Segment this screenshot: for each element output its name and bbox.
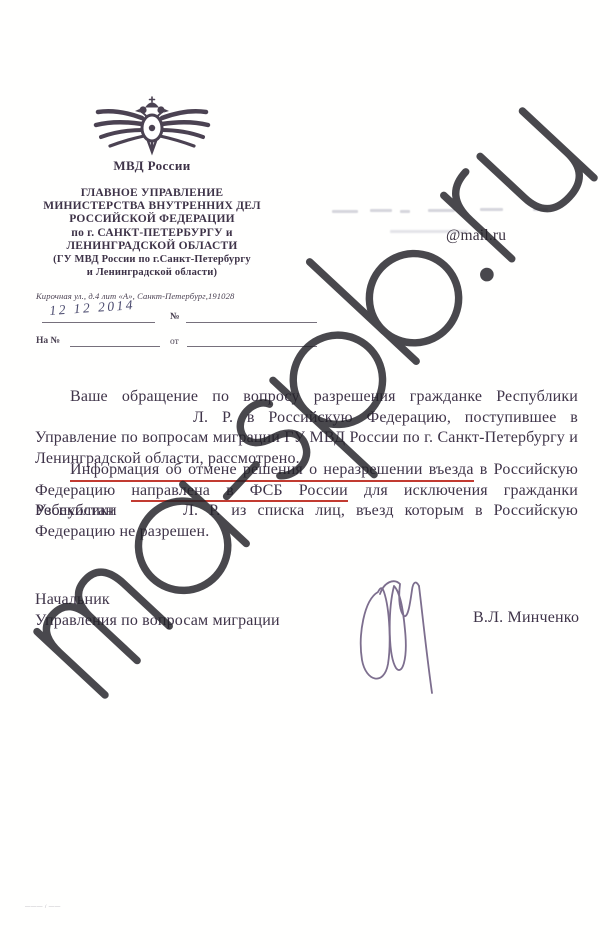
number-sign-label: № bbox=[170, 312, 180, 322]
body-text: Л. Р. из списка лиц, въезд которым в Рос… bbox=[183, 502, 578, 519]
org-line: по г. САНКТ-ПЕТЕРБУРГУ и bbox=[8, 227, 296, 240]
body-line: Ваше обращение по вопросу разрешения гра… bbox=[70, 387, 578, 408]
emblem-caption: МВД России bbox=[12, 158, 292, 174]
redacted-text-bar bbox=[428, 209, 455, 212]
body-text: Федерацию bbox=[35, 482, 115, 499]
redacted-text-bar bbox=[370, 209, 392, 212]
body-line: Федерацию не разрешен. bbox=[35, 522, 209, 543]
org-line: ГЛАВНОЕ УПРАВЛЕНИЕ bbox=[8, 187, 296, 200]
signoff-title-line1: Начальник bbox=[35, 590, 110, 611]
redacted-text-bar bbox=[533, 208, 548, 211]
red-underlined-text: направлена в ФСБ России bbox=[131, 482, 348, 503]
reply-to-line bbox=[70, 346, 160, 347]
body-line: Управление по вопросам миграции ГУ МВД Р… bbox=[35, 428, 578, 449]
number-line bbox=[186, 322, 317, 323]
redacted-text-bar bbox=[480, 208, 503, 211]
org-line: ЛЕНИНГРАДСКОЙ ОБЛАСТИ bbox=[8, 240, 296, 253]
redacted-gap bbox=[114, 514, 172, 515]
signoff-title-line2: Управления по вопросам миграции bbox=[35, 611, 280, 632]
date-line bbox=[42, 322, 155, 323]
org-address: Кирочная ул., д.4 лит «А», Санкт-Петербу… bbox=[36, 291, 236, 301]
redacted-text-bar bbox=[332, 210, 358, 213]
signoff-name: В.Л. Минченко bbox=[473, 609, 579, 627]
from-line bbox=[187, 346, 317, 347]
scanned-letter-page: МВД России ГЛАВНОЕ УПРАВЛЕНИЕ МИНИСТЕРСТ… bbox=[0, 0, 612, 948]
org-line: РОССИЙСКОЙ ФЕДЕРАЦИИ bbox=[8, 213, 296, 226]
body-text: в Российскую bbox=[480, 461, 578, 478]
mvd-eagle-emblem-icon bbox=[92, 95, 212, 161]
org-line: МИНИСТЕРСТВА ВНУТРЕННИХ ДЕЛ bbox=[8, 200, 296, 213]
red-underlined-text: Информация об отмене решения о неразреше… bbox=[70, 461, 474, 482]
org-line: (ГУ МВД России по г.Санкт-Петербургу bbox=[8, 253, 296, 266]
from-label: от bbox=[170, 337, 179, 347]
handwritten-signature-icon bbox=[350, 560, 450, 700]
email-text: @mail.ru bbox=[446, 227, 506, 245]
body-line: Узбекистан Л. Р. из списка лиц, въезд ко… bbox=[35, 501, 578, 522]
redacted-text-bar bbox=[400, 210, 410, 213]
reply-to-label: На № bbox=[36, 336, 60, 346]
footer-note: ——— / —— bbox=[25, 904, 61, 910]
body-text: Узбекистан bbox=[35, 502, 114, 519]
org-line: и Ленинградской области) bbox=[8, 266, 296, 279]
body-line: Информация об отмене решения о неразреше… bbox=[70, 460, 578, 481]
org-header-block: ГЛАВНОЕ УПРАВЛЕНИЕ МИНИСТЕРСТВА ВНУТРЕНН… bbox=[8, 187, 296, 279]
body-line: Л. Р. в Российскую Федерацию, поступивше… bbox=[193, 408, 578, 429]
